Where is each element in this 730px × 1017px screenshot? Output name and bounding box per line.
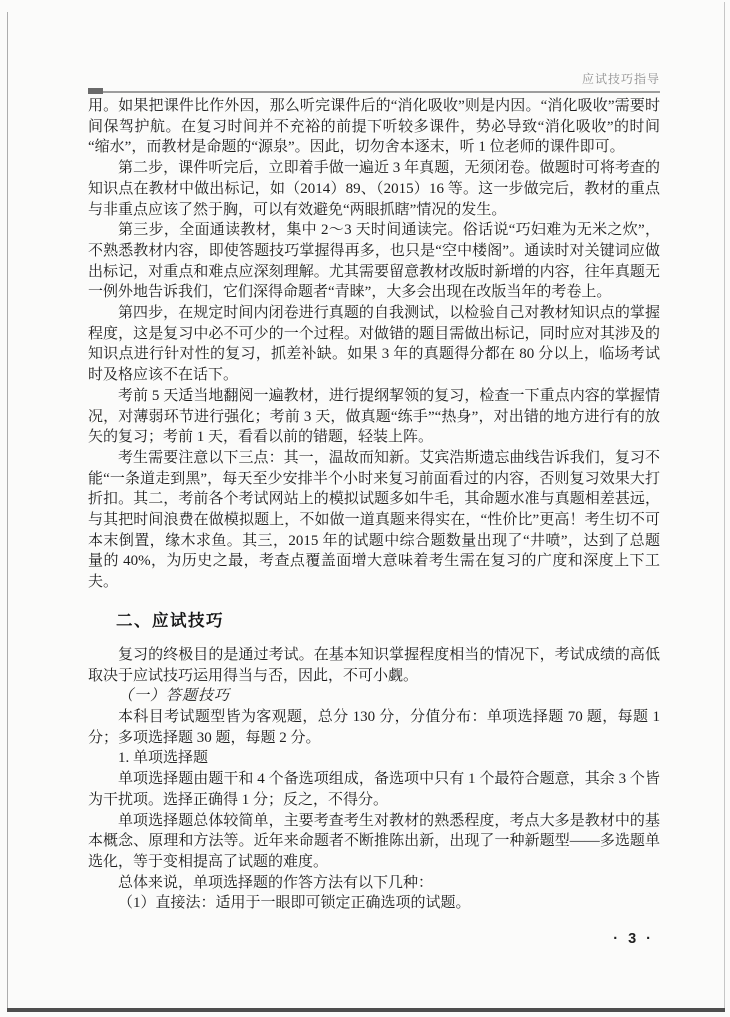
body-text-column: 用。如果把课件比作外因，那么听完课件后的“消化吸收”则是内因。“消化吸收”需要时… <box>88 96 660 914</box>
paragraph-courseware-continuation: 用。如果把课件比作外因，那么听完课件后的“消化吸收”则是内因。“消化吸收”需要时… <box>88 96 660 158</box>
page-edge-right <box>724 2 725 1008</box>
page-number: · 3 · <box>613 931 654 947</box>
page-edge-bottom <box>7 1008 725 1012</box>
header-rule <box>88 91 660 93</box>
header-rule-accent <box>88 88 103 94</box>
paragraph-single-choice-difficulty: 单项选择题总体较简单，主要考查考生对教材的熟悉程度，考点大多是教材中的基本概念、… <box>88 811 660 873</box>
paragraph-single-choice-composition: 单项选择题由题干和 4 个备选项组成，备选项中只有 1 个最符合题意，其余 3 … <box>88 769 660 810</box>
subsection-heading-answer-skills: （一）答题技巧 <box>88 686 660 707</box>
section-heading-exam-skills: 二、应试技巧 <box>88 609 660 633</box>
paragraph-step-2: 第二步，课件听完后，立即着手做一遍近 3 年真题，无须闭卷。做题时可将考查的知识… <box>88 158 660 220</box>
running-title: 应试技巧指导 <box>582 70 660 87</box>
paragraph-final-days-plan: 考前 5 天适当地翻阅一遍教材，进行提纲挈领的复习，检查一下重点内容的掌握情况，… <box>88 386 660 448</box>
paragraph-step-3: 第三步，全面通读教材，集中 2～3 天时间通读完。俗话说“巧妇难为无米之炊”，不… <box>88 220 660 303</box>
paragraph-score-distribution: 本科目考试题型皆为客观题，总分 130 分，分值分布：单项选择题 70 题，每题… <box>88 707 660 748</box>
paragraph-step-4: 第四步，在规定时间内闭卷进行真题的自我测试，以检验自己对教材知识点的掌握程度，这… <box>88 303 660 386</box>
paragraph-answer-methods-intro: 总体来说，单项选择题的作答方法有以下几种： <box>88 873 660 894</box>
paragraph-three-notes: 考生需要注意以下三点：其一，温故而知新。艾宾浩斯遗忘曲线告诉我们，复习不能“一条… <box>88 448 660 593</box>
page-edge-left <box>7 12 8 1008</box>
document-page: { "header": { "running_title": "应试技巧指导" … <box>0 0 730 1017</box>
heading-single-choice: 1. 单项选择题 <box>88 748 660 769</box>
paragraph-direct-method: （1）直接法：适用于一眼即可锁定正确选项的试题。 <box>88 893 660 914</box>
paragraph-exam-skills-intro: 复习的终极目的是通过考试。在基本知识掌握程度相当的情况下，考试成绩的高低取决于应… <box>88 645 660 686</box>
